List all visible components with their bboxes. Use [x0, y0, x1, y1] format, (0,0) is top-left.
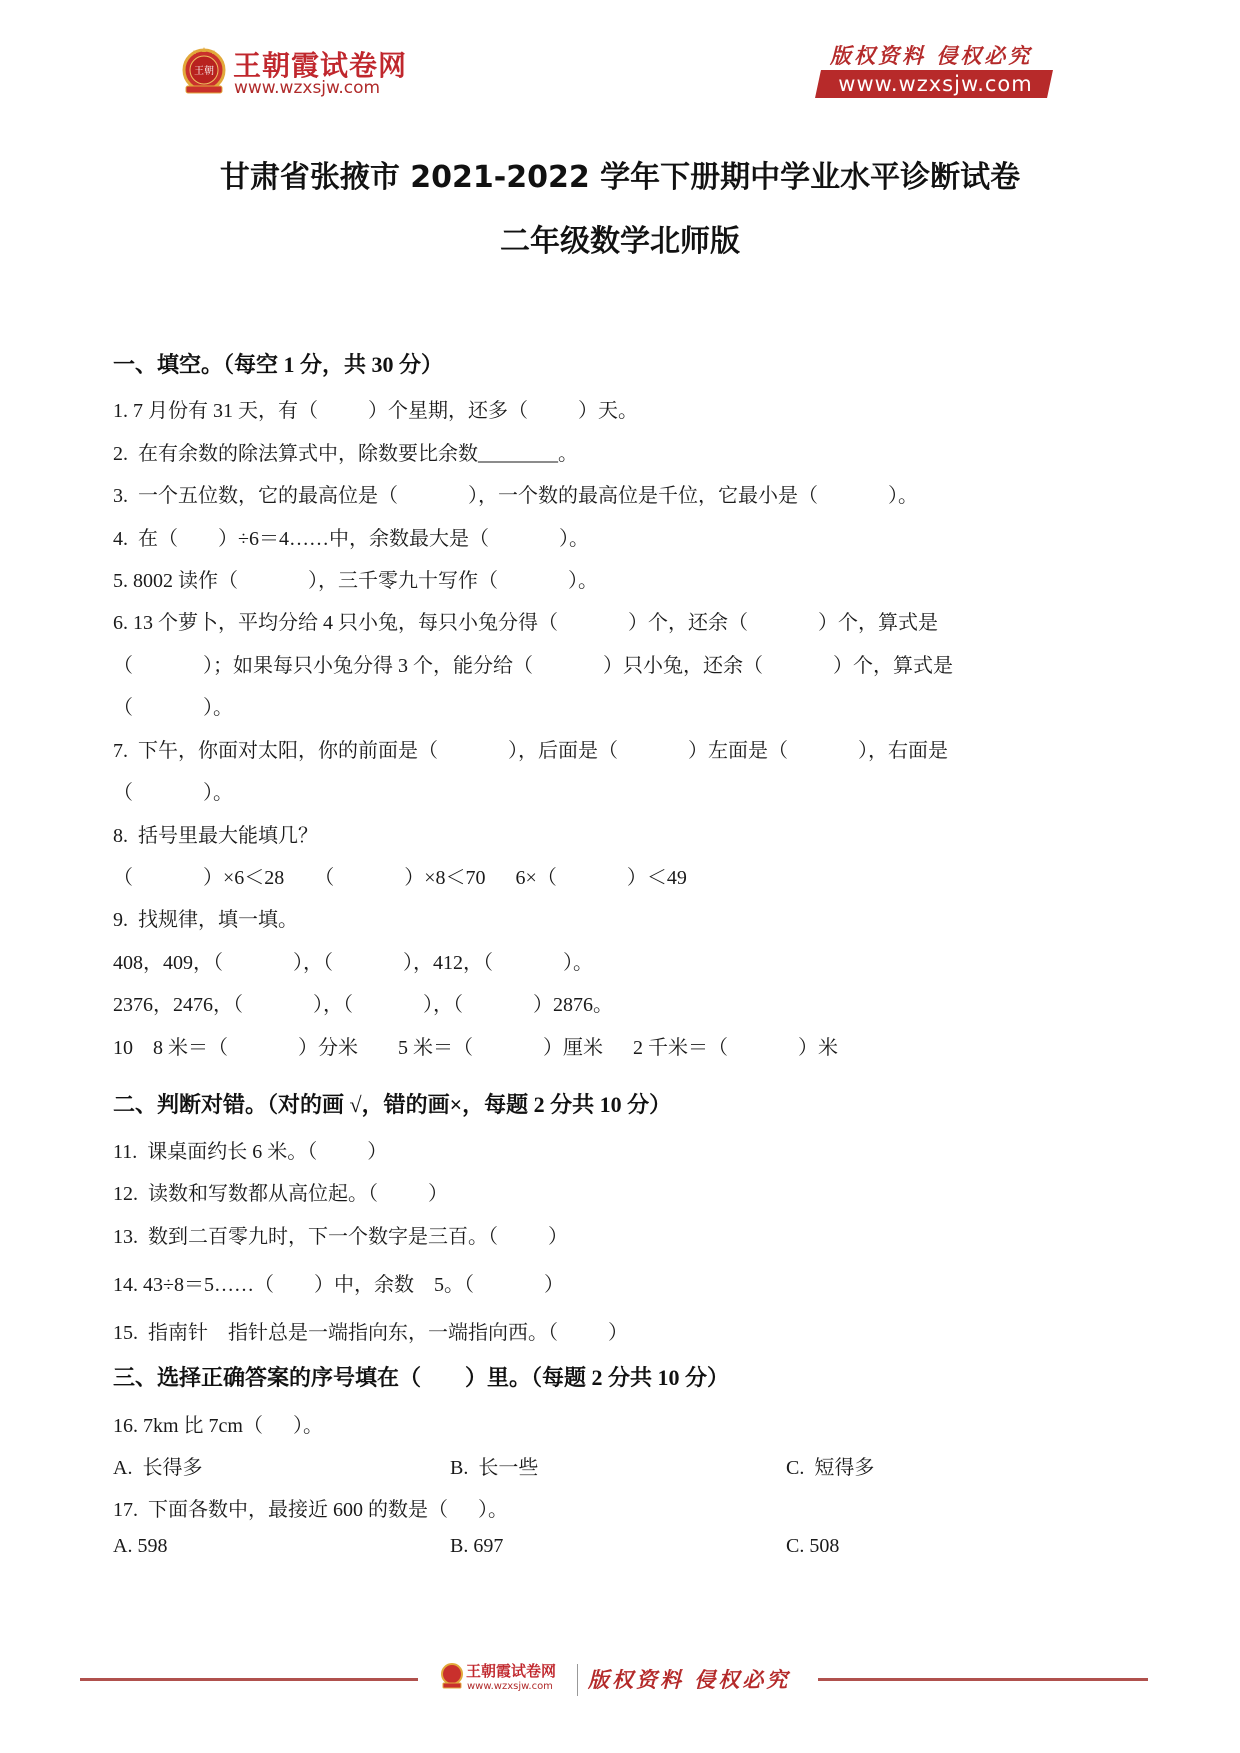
question-3: 3. 一个五位数，它的最高位是（ ），一个数的最高位是千位，它最小是（ ）。: [113, 479, 918, 508]
question-9-sequence-1: 408，409，（ ），（ ），412，（ ）。: [113, 946, 593, 975]
footer-divider-right: [818, 1678, 1148, 1681]
footer-logo-title: 王朝霞试卷网: [466, 1660, 556, 1681]
question-6-line-1: 6. 13 个萝卜，平均分给 4 只小兔，每只小兔分得（ ）个，还余（ ）个，算…: [113, 606, 938, 635]
question-6-line-3: （ ）。: [113, 691, 233, 720]
footer-logo-url[interactable]: www.wzxsjw.com: [467, 1681, 553, 1692]
document-subtitle: 二年级数学北师版: [0, 216, 1240, 260]
section-heading-fill-blank: 一、填空。（每空 1 分，共 30 分）: [113, 348, 443, 379]
question-17: 17. 下面各数中，最接近 600 的数是（ ）。: [113, 1493, 508, 1522]
question-17-option-b: B. 697: [450, 1535, 503, 1558]
question-6-line-2: （ ）；如果每只小兔分得 3 个，能分给（ ）只小兔，还余（ ）个，算式是: [113, 649, 953, 678]
question-16: 16. 7km 比 7cm（ ）。: [113, 1409, 323, 1438]
copyright-notice: 版权资料 侵权必究: [830, 40, 1032, 70]
question-10: 10 8 米＝（ ）分米 5 米＝（ ）厘米 2 千米＝（ ）米: [113, 1031, 838, 1060]
question-7-line-1: 7. 下午，你面对太阳，你的前面是（ ），后面是（ ）左面是（ ），右面是: [113, 734, 948, 763]
section-heading-multiple-choice: 三、选择正确答案的序号填在（ ）里。（每题 2 分共 10 分）: [113, 1361, 729, 1392]
question-12: 12. 读数和写数都从高位起。（ ）: [113, 1177, 448, 1206]
section-heading-true-false: 二、判断对错。（对的画 √，错的画×，每题 2 分共 10 分）: [113, 1088, 671, 1119]
footer-divider-left: [80, 1678, 418, 1681]
question-8-items: （ ）×6＜28 （ ）×8＜70 6×（ ）＜49: [113, 861, 687, 890]
footer-copyright-notice: 版权资料 侵权必究: [588, 1664, 790, 1694]
question-16-option-b: B. 长一些: [450, 1451, 538, 1480]
question-7-line-2: （ ）。: [113, 776, 233, 805]
question-5: 5. 8002 读作（ ），三千零九十写作（ ）。: [113, 564, 598, 593]
logo-badge-icon: 王朝: [180, 46, 228, 96]
question-8: 8. 括号里最大能填几？: [113, 819, 318, 848]
svg-text:王朝: 王朝: [194, 64, 214, 77]
question-9: 9. 找规律，填一填。: [113, 903, 298, 932]
question-11: 11. 课桌面约长 6 米。（ ）: [113, 1135, 387, 1164]
question-17-option-c: C. 508: [786, 1535, 839, 1558]
question-17-option-a: A. 598: [113, 1535, 167, 1558]
question-9-sequence-2: 2376，2476，（ ），（ ），（ ）2876。: [113, 988, 613, 1017]
question-14: 14. 43÷8＝5……（ ）中，余数 5。（ ）: [113, 1268, 564, 1297]
footer-separator: [577, 1664, 578, 1696]
footer-logo-badge-icon: [440, 1662, 464, 1690]
copyright-url[interactable]: www.wzxsjw.com: [828, 70, 1043, 98]
question-15: 15. 指南针 指针总是一端指向东，一端指向西。（ ）: [113, 1316, 628, 1345]
document-title: 甘肃省张掖市 2021-2022 学年下册期中学业水平诊断试卷: [0, 152, 1240, 196]
site-logo-url[interactable]: www.wzxsjw.com: [234, 78, 380, 98]
question-1: 1. 7 月份有 31 天，有（ ）个星期，还多（ ）天。: [113, 394, 638, 423]
question-13: 13. 数到二百零九时，下一个数字是三百。（ ）: [113, 1220, 568, 1249]
question-16-option-c: C. 短得多: [786, 1451, 874, 1480]
question-4: 4. 在（ ）÷6＝4……中，余数最大是（ ）。: [113, 522, 589, 551]
question-2: 2. 在有余数的除法算式中，除数要比余数________。: [113, 437, 578, 466]
question-16-option-a: A. 长得多: [113, 1451, 202, 1480]
